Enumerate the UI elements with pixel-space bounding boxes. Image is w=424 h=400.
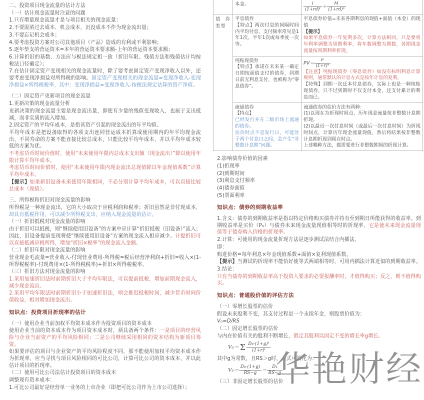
formula-fraction: D₀·(1+g)ᵗ(1+r)ᵗ xyxy=(247,342,271,353)
paragraph: 由于折旧可以抵税，则“继续使用旧设备”的方案中应计算“折旧抵税（旧设备）”流入；… xyxy=(9,226,201,247)
paragraph: 5.逐年垫支的营运资本=本年的营运资本要求额-上年的营运资本要求额； xyxy=(9,47,201,54)
text-run: 5.逐年垫支的营运资本=本年的营运资本要求额-上年的营运资本要求额； xyxy=(9,47,173,53)
paragraph: 7.在估计固定资产变现相关的现金流量时，除了要考虑固定资产变现净收入以外，还要考… xyxy=(9,68,201,89)
text-run: 【特殊】到期一次还本付息债券，实际上也是一种纯贴现债券，只不过到期时不仅支付本金… xyxy=(304,82,421,101)
knowledge-point-heading: 知识点：普通股价值的评估方法 xyxy=(217,293,421,300)
bond-detail-cell: 流通债券的估价方法有两种：(1)以现在为折现时间点，历年现金流量按非整数计息期折… xyxy=(301,103,423,151)
bond-table-body: 本金。I(1+rd)ᵗ＋M(1+rd)ⁿ债券类型平息债券【特点】两次付息的间隔时… xyxy=(213,0,423,151)
text-run: 知识点：债券的到期收益率 xyxy=(217,205,283,211)
paragraph: V₀=D/RS xyxy=(217,318,421,325)
paragraph: 2.计算：可使用的现金流量折现方法是逐步测试法结合内插法， xyxy=(217,237,421,244)
cell-content: 平息债券价值=未来各期利息的现值+面值（本金）的现值【提示】如果平息债券一年复利… xyxy=(304,16,421,54)
paragraph: 【提示】当测试的折现率不能恰好使等式两端相等时，可用内插法计算近似的到期收益率。 xyxy=(217,259,421,266)
text-run: 已经发行并在二级市场上流通的债券。 xyxy=(235,117,299,130)
cell-content: 本金。 xyxy=(235,2,299,8)
paragraph: （二）折旧年限对现金流量的影响 xyxy=(9,247,201,254)
left-column: 二、投资项目现金流量的估计方法（一）估计现金流量时注意的问题1.只有增量现金流量… xyxy=(0,0,201,400)
text-run: 【特点】两次付息的间隔时间内平均付息，支付频率常见是1年1次、半年1次或每季度一… xyxy=(235,22,299,48)
cell-content: I(1+rd)ᵗ＋M(1+rd)ⁿ xyxy=(304,2,421,13)
bond-detail-cell: PV＝F(1+r)ⁿ【注意】纯贴现债券（零息债券）如没有标明利息计算规则，通常默… xyxy=(301,56,423,102)
knowledge-point-heading: 知识点：投资项目折现率的估计 xyxy=(9,309,201,316)
text-run: （一）折旧抵税对现金流量的影响 xyxy=(9,219,86,225)
bond-table-row: 债券类型平息债券【特点】两次付息的间隔时间内平均付息，支付频率常见是1年1次、半… xyxy=(213,14,423,56)
paragraph: 【提示】如果新旧设备未来使用年限相同，不必分别计算平均年成本，可以直接比较总成本… xyxy=(9,179,201,193)
text-run: 平均年成本是把设备取得的各项支出连同营运成本折算成使用期内的年平均现金流出，不同… xyxy=(9,130,201,149)
text-run: 却具有抵税作用，可以减少所得税支出，应纳入现金流量的估计。 xyxy=(9,212,157,218)
text-run: (1)以现在为折现时间点，历年现金流量按非整数计息期折现。 xyxy=(304,111,421,124)
text-run: 考虑货币时间价值时，使用“未来使用年限内现金流出总现值除以年金现值系数”计算平均… xyxy=(9,165,201,177)
text-run: Σ xyxy=(240,343,246,353)
paragraph: 更新决策的现金流量主要是现金流出量，即使有少量的残值变现收入，也属于支出抵减，而… xyxy=(9,108,201,122)
bond-detail-cell: 平息债券价值=未来各期利息的现值+面值（本金）的现值【提示】如果平息债券一年复利… xyxy=(301,14,423,56)
text-run: 2.固定资产的平均年成本，是指该资产引起的现金流出的年平均值。 xyxy=(9,123,162,129)
text-run: 更新决策的现金流量主要是现金流出量，即使有少量的残值变现收入，也属于支出抵减，而… xyxy=(9,108,201,120)
text-run: 【特点】承诺在未来某一确定日期按面值支付的债券，到期日前无利息支付，也被称为“零… xyxy=(235,64,299,90)
text-run: （一）零增长股票的估价 xyxy=(217,304,273,310)
bond-group-label: 债券类型 xyxy=(213,14,233,151)
text-run: 1.只有增量现金流量才是与项目相关的现金流量； xyxy=(9,18,121,24)
paragraph: 3.结论： xyxy=(217,266,421,273)
cell-content: PV＝F(1+r)ⁿ【注意】纯贴现债券（零息债券）如没有标明利息计算规则，通常默… xyxy=(304,58,421,101)
text-run: 调整现有资本成本： xyxy=(9,378,55,384)
bond-detail-cell: I(1+rd)ᵗ＋M(1+rd)ⁿ xyxy=(301,0,423,14)
text-run: 2.不要混淆过去成本、机会成本，沉没成本不作为现金流出量； xyxy=(9,25,152,31)
text-run: 本金。 xyxy=(235,2,249,8)
paragraph: 营业现金毛流量=营业收入-付现营业费用-所得税=税后经营净利润+折旧=收入×(1… xyxy=(9,254,201,268)
paragraph: 1.采用加速折旧法时前期折旧大于平均年限法，可以提前抵税，增加前期现金流入，减少… xyxy=(9,276,201,290)
paragraph: 1.含义：债券的到期收益率是指以特定价格购买债券并持有至到期日所能获得的收益率。… xyxy=(217,216,421,237)
paragraph: 1.可比公司最好是经营单一业务的上市企业（即把可比公司作为上市公司选择）； xyxy=(9,384,201,391)
text-run: 知识点：普通股价值的评估方法 xyxy=(217,293,294,299)
paragraph: 平均年成本是把设备取得的各项支出连同营运成本折算成使用期内的年平均现金流出，不同… xyxy=(9,129,201,150)
text-run: (1)折现率 xyxy=(217,163,240,169)
bond-type-cell: 流通债券【特点】已经发行并在二级市场上流通的债券。估价时点不是发行日，可能处于两… xyxy=(233,103,302,151)
watermark: 华艳财经 xyxy=(275,342,423,392)
text-run: 如果要评估的项目与企业资产的平均风险程度不同，那不能使用加权平均资本成本作为折现… xyxy=(9,349,201,368)
text-run: （一）使用企业当前加权平均资本成本作为投资项目的资本成本 xyxy=(9,321,152,327)
paragraph: 6.计算折旧的基数、方法应与税法规定相一致（折旧年限、残值方法和残值估计均按税法… xyxy=(9,54,201,68)
text-run: 假定其股利以固定不变的增长率g增长。 xyxy=(294,333,384,339)
text-run: （二）折旧年限对现金流量的影响 xyxy=(9,248,86,254)
text-run: （三）非固定增长股票的估价 xyxy=(217,379,283,385)
text-run: （二）固定增长股票的估价 xyxy=(217,326,278,332)
text-run: (5)票面利率 xyxy=(217,193,245,199)
paragraph: 2.影响债券价值的因素 xyxy=(217,156,421,163)
knowledge-point-heading: 知识点：债券的到期收益率 xyxy=(217,205,421,212)
text-run: 2.影响债券价值的因素 xyxy=(217,156,268,162)
text-run: 6.计算折旧的基数、方法应与税法规定相一致（折旧年限、残值方法和残值估计均按税法… xyxy=(9,54,201,66)
section-heading: （二）固定资产更新项目的现金流量 xyxy=(9,93,201,100)
cell-content: 纯贴现债券【特点】承诺在未来某一确定日期按面值支付的债券，到期日前无利息支付，也… xyxy=(235,58,299,90)
paragraph: (3)利息支付频率 xyxy=(217,178,421,185)
cell-content: 流通债券【特点】已经发行并在二级市场上流通的债券。估价时点不是发行日，可能处于两… xyxy=(235,104,299,149)
bond-table-row: 流通债券【特点】已经发行并在二级市场上流通的债券。估价时点不是发行日，可能处于两… xyxy=(213,103,423,151)
fraction-denominator: (1+rd)ᵗ xyxy=(304,7,323,12)
paragraph: 不考虑货币时间价值时，使用“未来使用年限内总成本支出额（现金流出）”除以使用年限… xyxy=(9,151,201,165)
bond-table-row: 纯贴现债券【特点】承诺在未来某一确定日期按面值支付的债券，到期日前无利息支付，也… xyxy=(213,56,423,102)
paragraph: 假设未来股利不变，其支付过程是一个永续年金，则股票价值为： xyxy=(217,311,421,318)
text-run: 3.结论： xyxy=(217,267,237,273)
text-run: (3)利息支付频率 xyxy=(217,178,255,184)
right-column: 本金。I(1+rd)ᵗ＋M(1+rd)ⁿ债券类型平息债券【特点】两次付息的间隔时… xyxy=(213,0,424,400)
bond-type-cell: 纯贴现债券【特点】承诺在未来某一确定日期按面值支付的债券，到期日前无利息支付，也… xyxy=(233,56,302,102)
text-run: V₀＝ xyxy=(228,345,239,351)
text-run: 即： xyxy=(217,244,227,250)
document-page: 二、投资项目现金流量的估计方法（一）估计现金流量时注意的问题1.只有增量现金流量… xyxy=(0,0,424,400)
paragraph: （一）折旧抵税对现金流量的影响 xyxy=(9,219,201,226)
text-run: (4)债券面值 xyxy=(217,185,245,191)
text-run: 1.可比公司最好是经营单一业务的上市企业（即把可比公司作为上市公司选择）； xyxy=(9,385,190,391)
text-run: 4.要考虑投资方案对公司其他项目（产品）造成的有利或不利影响； xyxy=(9,40,162,46)
fraction-denominator: (1+r)ᵗ xyxy=(247,348,271,353)
bond-table-row: 本金。I(1+rd)ᵗ＋M(1+rd)ⁿ xyxy=(213,0,423,14)
text-run: V₀＝ xyxy=(228,368,239,374)
section-heading: 三、所得税和折旧对现金流量的影响 xyxy=(9,197,201,204)
text-run: （三）折旧方法对现金流量的影响 xyxy=(9,269,86,275)
text-run: 如果平息债券一年复利多次，计算方法相同，只是要将年利率调整为周期利率，将年数调整… xyxy=(304,35,421,54)
paragraph: （一）使用企业当前加权平均资本成本作为投资项目的资本成本 xyxy=(9,320,201,327)
paragraph: 考虑货币时间价值时，使用“未来使用年限内现金流出总现值除以年金现值系数”计算平均… xyxy=(9,165,201,179)
paragraph: 使用企业当前的资本成本作为项目资本成本时，须具备两个条件：一是项目的经营风险与企… xyxy=(9,328,201,349)
text-run: 当测试的折现率不能恰好使等式两端相等时，可用内插法计算近似的到期收益率。 xyxy=(237,259,421,265)
text-run: （二）使用可比公司法估计投资项目的资本成本 xyxy=(9,370,116,376)
text-run: （一）估计现金流量时注意的问题 xyxy=(9,10,86,16)
text-run: 只有当债券的到期收益率高于投资人要求的必要报酬率时，才值得购买；反之，则不值得购… xyxy=(217,274,421,286)
formula-fraction: I(1+rd)ᵗ xyxy=(304,2,323,13)
paragraph: （一）零增长股票的估价 xyxy=(217,303,421,310)
paragraph: 3.不要忘记机会成本； xyxy=(9,32,201,39)
paragraph: 如果要评估的项目与企业资产的平均风险程度不同，那不能使用加权平均资本成本作为折现… xyxy=(9,349,201,370)
bond-group-cell xyxy=(213,0,233,14)
formula-fraction: F(1+r)ⁿ xyxy=(314,58,330,69)
paragraph: (2)到期时间 xyxy=(217,170,421,177)
paragraph: 即： xyxy=(217,244,421,251)
fraction-denominator: (1+rd)ⁿ xyxy=(327,7,346,12)
cell-content: 流通债券的估价方法有两种：(1)以现在为折现时间点，历年现金流量按非整数计息期折… xyxy=(304,104,421,149)
text-run: V₀=D/RS xyxy=(217,319,240,325)
text-run: 上述哪种方法，都需要进行非整数期间的折现计算。 xyxy=(304,143,421,149)
formula-fraction: M(1+rd)ⁿ xyxy=(327,2,346,13)
bond-type-cell: 平息债券【特点】两次付息的间隔时间内平均付息，支付频率常见是1年1次、半年1次或… xyxy=(233,14,302,56)
text-run: 知识点：投资项目折现率的估计 xyxy=(9,309,86,315)
paragraph: (5)票面利率 xyxy=(217,192,421,199)
paragraph: 2.采用平均年限法时前期折旧小于加速折旧法，则会推迟抵税时间，减少货币时间价值收… xyxy=(9,290,201,304)
paragraph: （二）使用可比公司法估计投资项目的资本成本 xyxy=(9,370,201,377)
formula-fraction: D₀·(1+g)RS−g xyxy=(239,365,262,376)
paragraph: （三）折旧方法对现金流量的影响 xyxy=(9,269,201,276)
paragraph: (4)债券面值 xyxy=(217,185,421,192)
paragraph: （一）估计现金流量时注意的问题 xyxy=(9,10,201,17)
text-run: 【提示】 xyxy=(9,179,30,185)
text-run: 与内在价值有关的股利不断增长， xyxy=(217,333,294,339)
bond-type-cell: 本金。 xyxy=(233,0,302,14)
cell-content: 平息债券【特点】两次付息的间隔时间内平均付息，支付频率常见是1年1次、半年1次或… xyxy=(235,16,299,48)
paragraph: 购进价格=每年利息×年金现值系数+面值×复利现值系数。 xyxy=(217,251,421,258)
text-run: 估价时点不是发行日，可能处于两个付息日之间，会产生“非整数计息期”问题。 xyxy=(235,130,299,149)
paragraph: （二）固定增长股票的估价 xyxy=(217,325,421,332)
text-run: 【注意】纯贴现债券（零息债券）如没有标明利息计算规则，通常默认的计息方式是按年计… xyxy=(304,69,421,82)
text-run: 1.更新决策的现金流量分析 xyxy=(9,101,70,107)
text-run: 2.采用平均年限法时前期折旧小于加速折旧法，则会推迟抵税时间，减少货币时间价值收… xyxy=(9,291,201,303)
paragraph: 与内在价值有关的股利不断增长，假定其股利以固定不变的增长率g增长。 xyxy=(217,333,421,340)
paragraph: 4.要考虑投资方案对公司其他项目（产品）造成的有利或不利影响； xyxy=(9,39,201,46)
text-run: 由于折旧可以抵税，则“继续使用旧设备”的方案中应计算“折旧抵税（旧设备）”流入；… xyxy=(9,227,201,239)
text-run: 营业现金毛流量=营业收入-付现营业费用-所得税=税后经营净利润+折旧=收入×(1… xyxy=(9,255,201,267)
text-run: 不考虑货币时间价值时，使用“未来使用年限内总成本支出额（现金流出）”除以使用年限… xyxy=(9,151,201,163)
text-run: 所得税是一种现金流出，它的大小取决于应税利润和税率；折旧虽然是非付现成本， xyxy=(9,205,201,211)
paragraph: 二、投资项目现金流量的估计方法 xyxy=(9,3,201,10)
text-run: 使用企业当前的资本成本作为项目资本成本时，须具备两个条件： xyxy=(9,328,160,334)
text-run: (2)到期时间 xyxy=(217,171,245,177)
text-run: 购进价格=每年利息×年金现值系数+面值×复利现值系数。 xyxy=(217,252,351,258)
text-run: PV＝ xyxy=(304,61,315,67)
paragraph: (1)折现率 xyxy=(217,163,421,170)
text-run: 3.不要忘记机会成本； xyxy=(9,32,60,38)
paragraph: 所得税是一种现金流出，它的大小取决于应税利润和税率；折旧虽然是非付现成本，却具有… xyxy=(9,204,201,218)
text-run: 平息债券价值=未来各期利息的现值+面值（本金）的现值 xyxy=(304,16,421,29)
text-run: 1.采用加速折旧法时前期折旧大于平均年限法，可以提前抵税，增加前期现金流入，减少… xyxy=(9,277,201,289)
text-run: 【提示】 xyxy=(217,259,237,265)
text-run: 三、所得税和折旧对现金流量的影响 xyxy=(9,198,91,204)
text-run: （二）固定资产更新项目的现金流量 xyxy=(9,94,91,100)
paragraph: 1.只有增量现金流量才是与项目相关的现金流量； xyxy=(9,17,201,24)
paragraph: 1.更新决策的现金流量分析 xyxy=(9,101,201,108)
text-run: 假设未来股利不变，其支付过程是一个永续年金，则股票价值为： xyxy=(217,311,365,317)
paragraph: 2.固定资产的平均年成本，是指该资产引起的现金流出的年平均值。 xyxy=(9,122,201,129)
text-run: 如果新旧设备未来使用年限相同，不必分别计算平均年成本，可以直接比较总成本（现值）… xyxy=(9,179,201,191)
text-run: 二、投资项目现金流量的估计方法 xyxy=(9,3,86,9)
paragraph: 只有当债券的到期收益率高于投资人要求的必要报酬率时，才值得购买；反之，则不值得购… xyxy=(217,273,421,287)
paragraph: 调整现有资本成本： xyxy=(9,377,201,384)
text-run: 2.计算：可使用的现金流量折现方法是逐步测试法结合内插法， xyxy=(217,237,360,243)
paragraph: 2.不要混淆过去成本、机会成本，沉没成本不作为现金流出量； xyxy=(9,25,201,32)
bond-valuation-table: 本金。I(1+rd)ᵗ＋M(1+rd)ⁿ债券类型平息债券【特点】两次付息的间隔时… xyxy=(213,0,423,151)
fraction-denominator: RS−g xyxy=(239,371,262,376)
text-run: (2)以最近一次付息时间（或最后一次付息时间）为折现时间点，计算历年现金流量现值… xyxy=(304,123,421,142)
